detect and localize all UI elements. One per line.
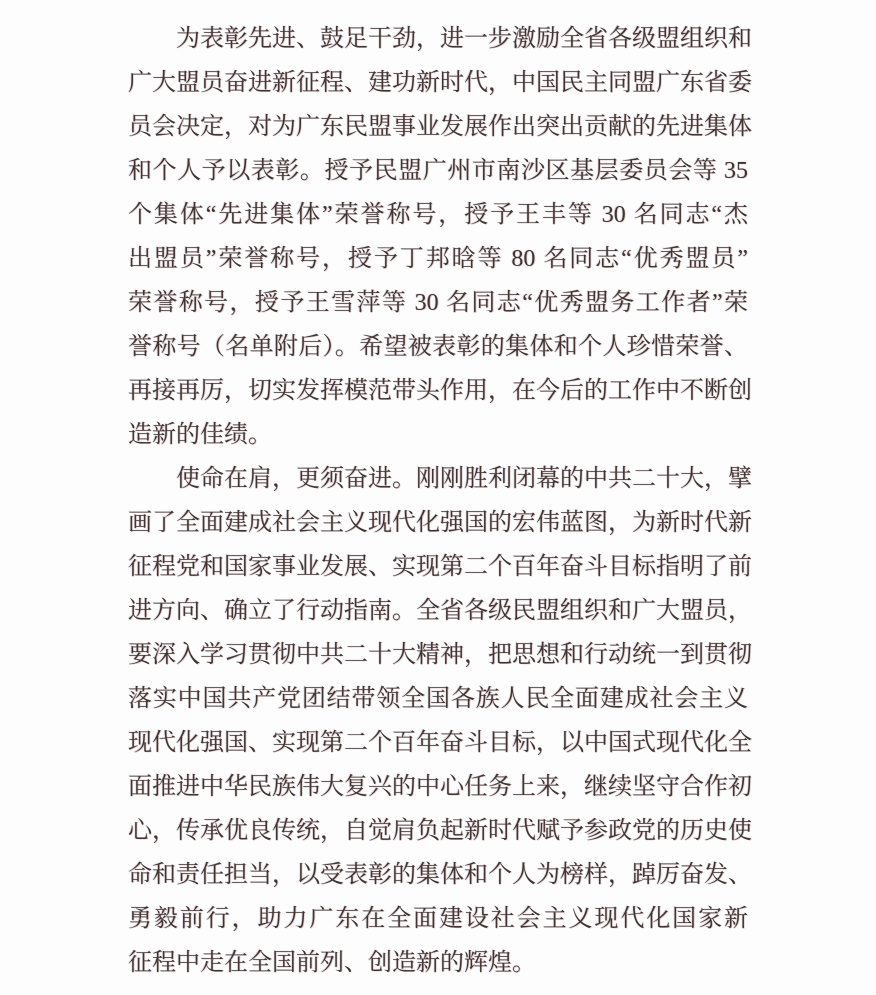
text-line: 面推进中华民族伟大复兴的中心任务上来，继续坚守合作初	[128, 765, 748, 809]
text-line: 命和责任担当，以受表彰的集体和个人为榜样，踔厉奋发、	[128, 853, 748, 897]
text-line: 画了全面建成社会主义现代化强国的宏伟蓝图，为新时代新	[128, 501, 748, 545]
text-line: 个集体“先进集体”荣誉称号，授予王丰等 30 名同志“杰	[128, 193, 748, 237]
text-line: 落实中国共产党团结带领全国各族人民全面建成社会主义	[128, 677, 748, 721]
text-line: 征程中走在全国前列、创造新的辉煌。	[128, 941, 748, 985]
text-line: 征程党和国家事业发展、实现第二个百年奋斗目标指明了前	[128, 545, 748, 589]
text-line: 员会决定，对为广东民盟事业发展作出突出贡献的先进集体	[128, 105, 748, 149]
document-text-block: 为表彰先进、鼓足干劲，进一步激励全省各级盟组织和 广大盟员奋进新征程、建功新时代…	[128, 17, 748, 985]
text-line: 现代化强国、实现第二个百年奋斗目标，以中国式现代化全	[128, 721, 748, 765]
text-line: 使命在肩，更须奋进。刚刚胜利闭幕的中共二十大，擘	[128, 457, 748, 501]
text-line: 进方向、确立了行动指南。全省各级民盟组织和广大盟员，	[128, 589, 748, 633]
text-line: 再接再厉，切实发挥模范带头作用，在今后的工作中不断创	[128, 369, 748, 413]
text-line: 誉称号（名单附后）。希望被表彰的集体和个人珍惜荣誉、	[128, 325, 748, 369]
text-line: 心，传承优良传统，自觉肩负起新时代赋予参政党的历史使	[128, 809, 748, 853]
text-line: 勇毅前行，助力广东在全面建设社会主义现代化国家新	[128, 897, 748, 941]
text-line: 要深入学习贯彻中共二十大精神，把思想和行动统一到贯彻	[128, 633, 748, 677]
paragraph-mission: 使命在肩，更须奋进。刚刚胜利闭幕的中共二十大，擘 画了全面建成社会主义现代化强国…	[128, 457, 748, 985]
text-line: 广大盟员奋进新征程、建功新时代，中国民主同盟广东省委	[128, 61, 748, 105]
paragraph-commendation: 为表彰先进、鼓足干劲，进一步激励全省各级盟组织和 广大盟员奋进新征程、建功新时代…	[128, 17, 748, 457]
text-line: 和个人予以表彰。授予民盟广州市南沙区基层委员会等 35	[128, 149, 748, 193]
text-line: 为表彰先进、鼓足干劲，进一步激励全省各级盟组织和	[128, 17, 748, 61]
document-page: 为表彰先进、鼓足干劲，进一步激励全省各级盟组织和 广大盟员奋进新征程、建功新时代…	[0, 0, 876, 995]
text-line: 荣誉称号，授予王雪萍等 30 名同志“优秀盟务工作者”荣	[128, 281, 748, 325]
text-line: 出盟员”荣誉称号，授予丁邦晗等 80 名同志“优秀盟员”	[128, 237, 748, 281]
text-line: 造新的佳绩。	[128, 413, 748, 457]
